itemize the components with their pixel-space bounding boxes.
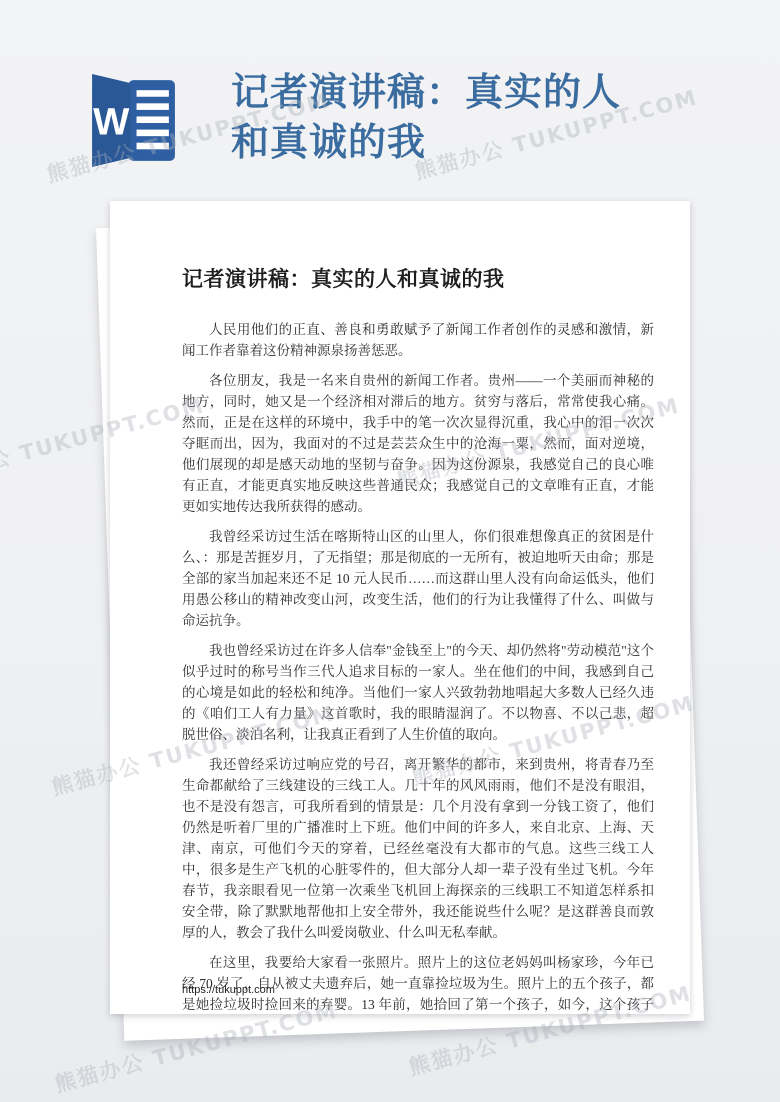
paragraph: 我还曾经采访过响应党的号召，离开繁华的都市，来到贵州，将青春乃至生命都献给了三线…	[182, 754, 654, 943]
document-title: 记者演讲稿：真实的人和真诚的我	[182, 263, 654, 293]
document-footer-url: https://tukuppt.com	[182, 984, 275, 996]
paragraph: 我曾经采访过生活在喀斯特山区的山里人，你们很难想像真正的贫困是什么、：那是苦捱岁…	[182, 526, 654, 631]
document-stack: 记者演讲稿：真实的人和真诚的我 人民用他们的正直、善良和勇敢赋予了新闻工作者创作…	[110, 201, 690, 1014]
page-title: 记者演讲稿：真实的人和真诚的我	[231, 68, 621, 168]
word-icon-letter: W	[93, 101, 130, 144]
word-icon: W	[84, 72, 181, 169]
paragraph: 人民用他们的正直、善良和勇敢赋予了新闻工作者创作的灵感和激情，新闻工作者靠着这份…	[182, 319, 654, 361]
header: W 记者演讲稿：真实的人和真诚的我	[0, 0, 780, 169]
page-title-line1: 记者演讲稿：真实的人	[231, 72, 621, 114]
page-title-line2: 和真诚的我	[231, 122, 426, 164]
paragraph: 我也曾经采访过在许多人信奉"金钱至上"的今天、却仍然将"劳动模范"这个似乎过时的…	[182, 640, 654, 745]
paragraph: 各位朋友，我是一名来自贵州的新闻工作者。贵州——一个美丽而神秘的地方，同时，她又…	[182, 370, 654, 517]
document-page: 记者演讲稿：真实的人和真诚的我 人民用他们的正直、善良和勇敢赋予了新闻工作者创作…	[110, 201, 690, 1014]
page-background: 熊猫办公 TUKUPPT.COM 熊猫办公 TUKUPPT.COM 熊猫办公 T…	[0, 0, 780, 1102]
document-body: 人民用他们的正直、善良和勇敢赋予了新闻工作者创作的灵感和激情，新闻工作者靠着这份…	[182, 319, 654, 1014]
paragraph: 在这里，我要给大家看一张照片。照片上的这位老妈妈叫杨家珍，今年已经 70 岁了，…	[182, 952, 654, 1014]
